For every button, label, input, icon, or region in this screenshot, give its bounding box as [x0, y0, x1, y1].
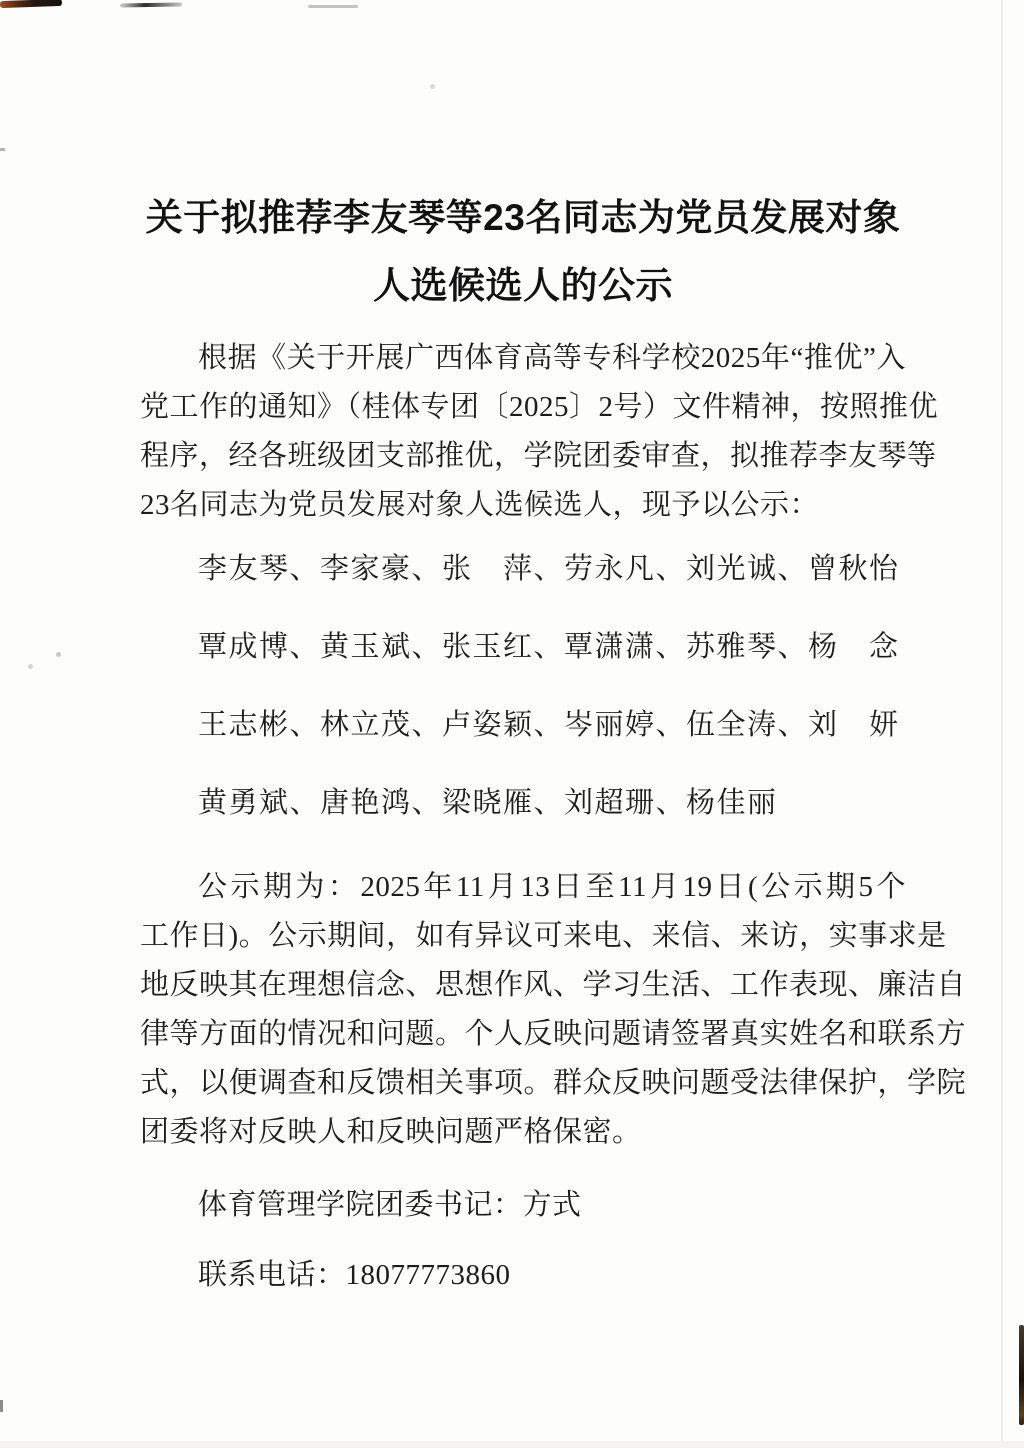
intro-paragraph: 根据《关于开展广西体育高等专科学校2025年“推优”入 党工作的通知》（桂体专团…: [140, 334, 906, 530]
name-row-4: 黄勇斌、唐艳鸿、梁晓雁、刘超珊、杨佳丽: [140, 779, 906, 828]
intro-line: 根据《关于开展广西体育高等专科学校2025年“推优”入: [140, 334, 906, 383]
notice-line: 公示期为：2025年11月13日至11月19日(公示期5个: [140, 863, 906, 912]
document-title: 关于拟推荐李友琴等23名同志为党员发展对象 人选候选人的公示: [140, 184, 906, 320]
title-line-1: 关于拟推荐李友琴等23名同志为党员发展对象: [140, 184, 906, 252]
name-row-2: 覃成博、黄玉斌、张玉红、覃潇潇、苏雅琴、杨 念: [140, 623, 906, 672]
name-row-1: 李友琴、李家豪、张 萍、劳永凡、刘光诚、曾秋怡: [140, 545, 906, 594]
scan-streak-top-left: [0, 0, 62, 8]
notice-line: 式，以便调查和反馈相关事项。群众反映问题受法律保护，学院: [140, 1059, 906, 1108]
scan-speckle: [28, 664, 33, 669]
scan-nub-bottom-left: [0, 1400, 3, 1412]
notice-paragraph: 公示期为：2025年11月13日至11月19日(公示期5个 工作日)。公示期间，…: [140, 863, 906, 1157]
intro-line: 程序，经各班级团支部推优，学院团委审查，拟推荐李友琴等: [140, 432, 906, 481]
title-line-2: 人选候选人的公示: [140, 252, 906, 320]
name-list: 李友琴、李家豪、张 萍、劳永凡、刘光诚、曾秋怡 覃成博、黄玉斌、张玉红、覃潇潇、…: [140, 545, 906, 828]
scanned-document-page: 关于拟推荐李友琴等23名同志为党员发展对象 人选候选人的公示 根据《关于开展广西…: [0, 0, 1024, 1448]
name-row-3: 王志彬、林立茂、卢姿颖、岑丽婷、伍全涛、刘 妍: [140, 701, 906, 750]
scan-speckle: [56, 652, 61, 657]
intro-line: 23名同志为党员发展对象人选候选人，现予以公示：: [140, 481, 906, 530]
scan-tick-left: [0, 148, 5, 151]
paper-edge-shadow-right: [1001, 0, 1003, 1448]
notice-line: 工作日)。公示期间，如有异议可来电、来信、来访，实事求是: [140, 912, 906, 961]
secretary-signature-line: 体育管理学院团委书记：方式: [140, 1181, 906, 1230]
contact-phone-line: 联系电话：18077773860: [140, 1251, 906, 1300]
notice-line: 律等方面的情况和问题。个人反映问题请签署真实姓名和联系方: [140, 1010, 906, 1059]
scan-mark-bottom-right: [1019, 1325, 1024, 1425]
notice-line: 团委将对反映人和反映问题严格保密。: [140, 1108, 906, 1157]
document-content: 关于拟推荐李友琴等23名同志为党员发展对象 人选候选人的公示 根据《关于开展广西…: [140, 0, 906, 1300]
paper-edge-bottom: [0, 1441, 1024, 1448]
notice-line: 地反映其在理想信念、思想作风、学习生活、工作表现、廉洁自: [140, 961, 906, 1010]
intro-line: 党工作的通知》（桂体专团〔2025〕2号）文件精神，按照推优: [140, 383, 906, 432]
